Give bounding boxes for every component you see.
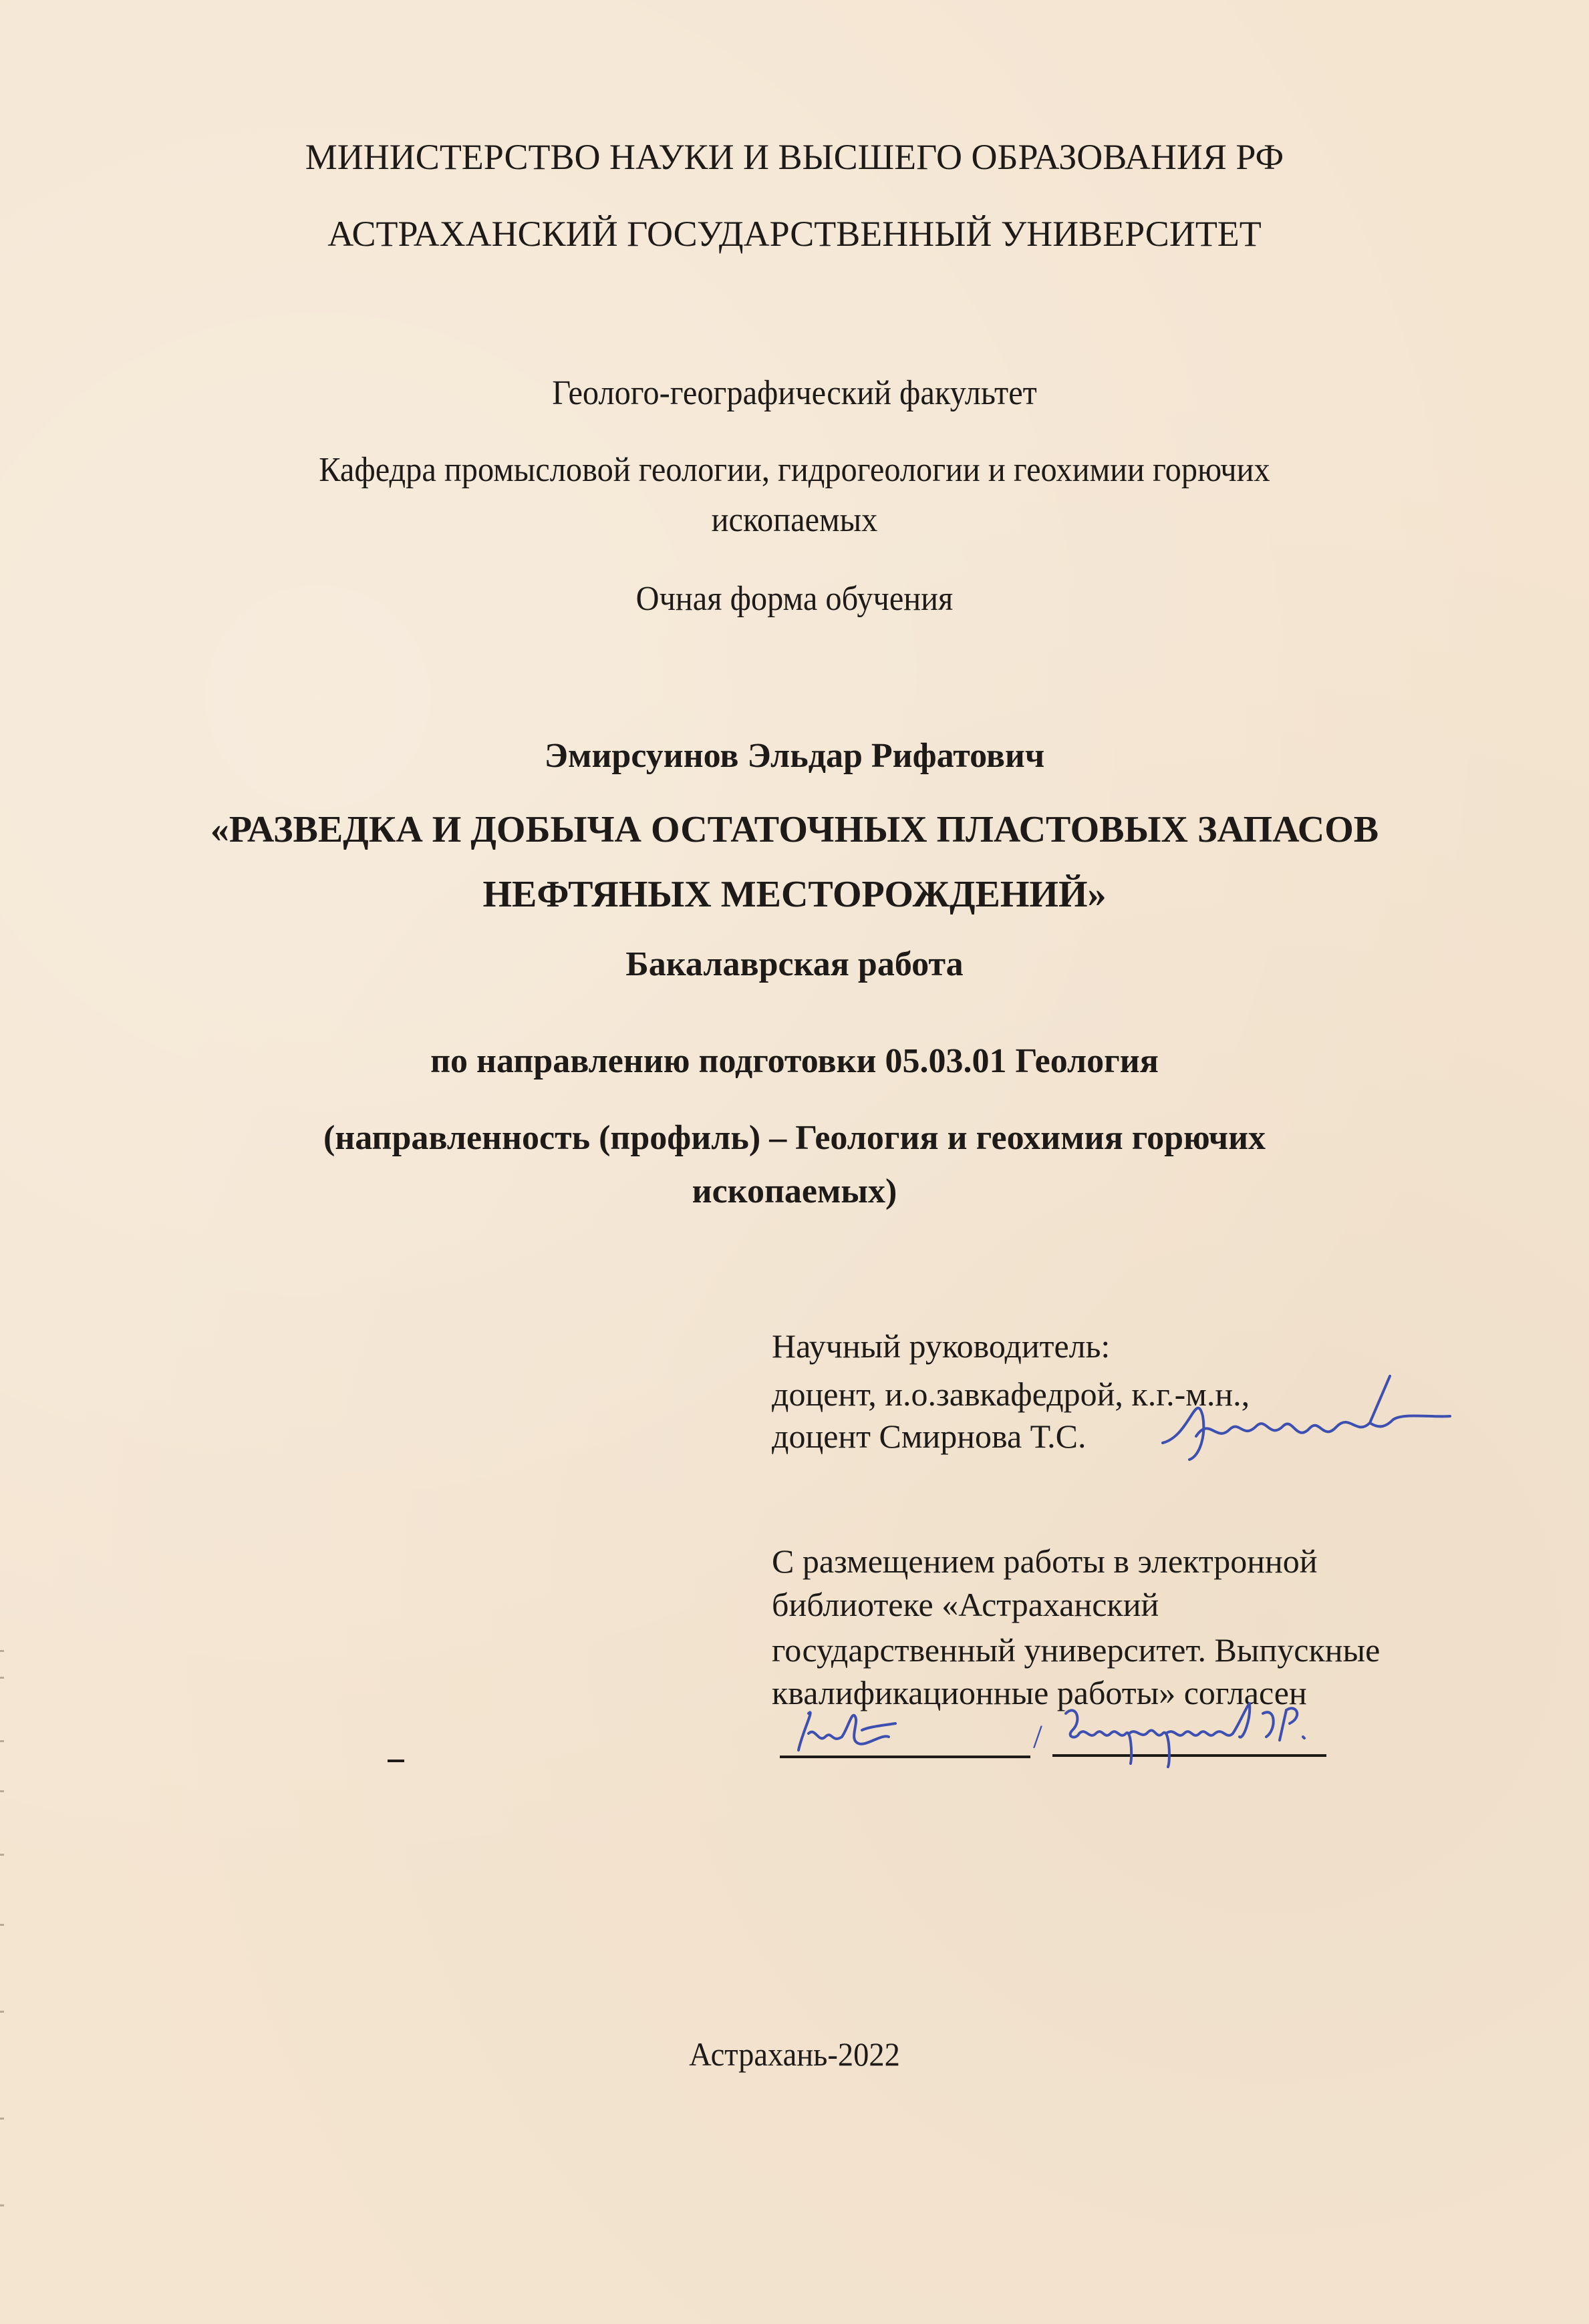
binding-mark (0, 1650, 4, 1652)
consent-line-4: квалификационные работы» согласен (772, 1676, 1307, 1709)
supervisor-name: доцент Смирнова Т.С. (772, 1420, 1087, 1453)
study-form: Очная форма обучения (55, 582, 1534, 617)
ministry-heading: МИНИСТЕРСТВО НАУКИ И ВЫСШЕГО ОБРАЗОВАНИЯ… (0, 139, 1589, 175)
study-direction: по направлению подготовки 05.03.01 Геоло… (0, 1044, 1589, 1079)
binding-edge (0, 0, 5, 2324)
work-type: Бакалаврская работа (0, 947, 1589, 982)
signature-underline (780, 1756, 1030, 1758)
city-year: Астрахань-2022 (55, 2037, 1534, 2071)
consent-line-1: С размещением работы в электронной (772, 1544, 1318, 1578)
binding-mark (0, 2204, 4, 2206)
profile-line-2: ископаемых) (0, 1174, 1589, 1209)
department-line-2: ископаемых (55, 503, 1534, 538)
binding-mark (0, 1740, 4, 1742)
consent-line-2: библиотеке «Астраханский (772, 1588, 1159, 1621)
supervisor-position: доцент, и.о.завкафедрой, к.г.-м.н., (772, 1377, 1250, 1411)
binding-mark (0, 1854, 4, 1856)
author-name: Эмирсуинов Эльдар Рифатович (0, 739, 1589, 774)
binding-mark (0, 2011, 4, 2013)
student-signature (795, 1707, 929, 1760)
stray-mark (388, 1760, 404, 1762)
paper-background (0, 0, 1589, 2324)
department-line-1: Кафедра промысловой геологии, гидрогеоло… (55, 453, 1534, 488)
binding-mark (0, 1924, 4, 1926)
binding-mark (0, 1790, 4, 1792)
separator-slash: / (1033, 1717, 1042, 1756)
university-heading: АСТРАХАНСКИЙ ГОСУДАРСТВЕННЫЙ УНИВЕРСИТЕТ (0, 216, 1589, 252)
supervisor-label: Научный руководитель: (772, 1329, 1110, 1363)
profile-line-1: (направленность (профиль) – Геология и г… (0, 1121, 1589, 1156)
consent-line-3: государственный университет. Выпускные (772, 1633, 1380, 1667)
thesis-title-line-2: НЕФТЯНЫХ МЕСТОРОЖДЕНИЙ» (0, 876, 1589, 913)
faculty-name: Геолого-географический факультет (55, 376, 1534, 411)
name-underline (1052, 1754, 1326, 1757)
binding-mark (0, 1677, 4, 1679)
thesis-title-line-1: «РАЗВЕДКА И ДОБЫЧА ОСТАТОЧНЫХ ПЛАСТОВЫХ … (0, 811, 1589, 848)
binding-mark (0, 2118, 4, 2120)
